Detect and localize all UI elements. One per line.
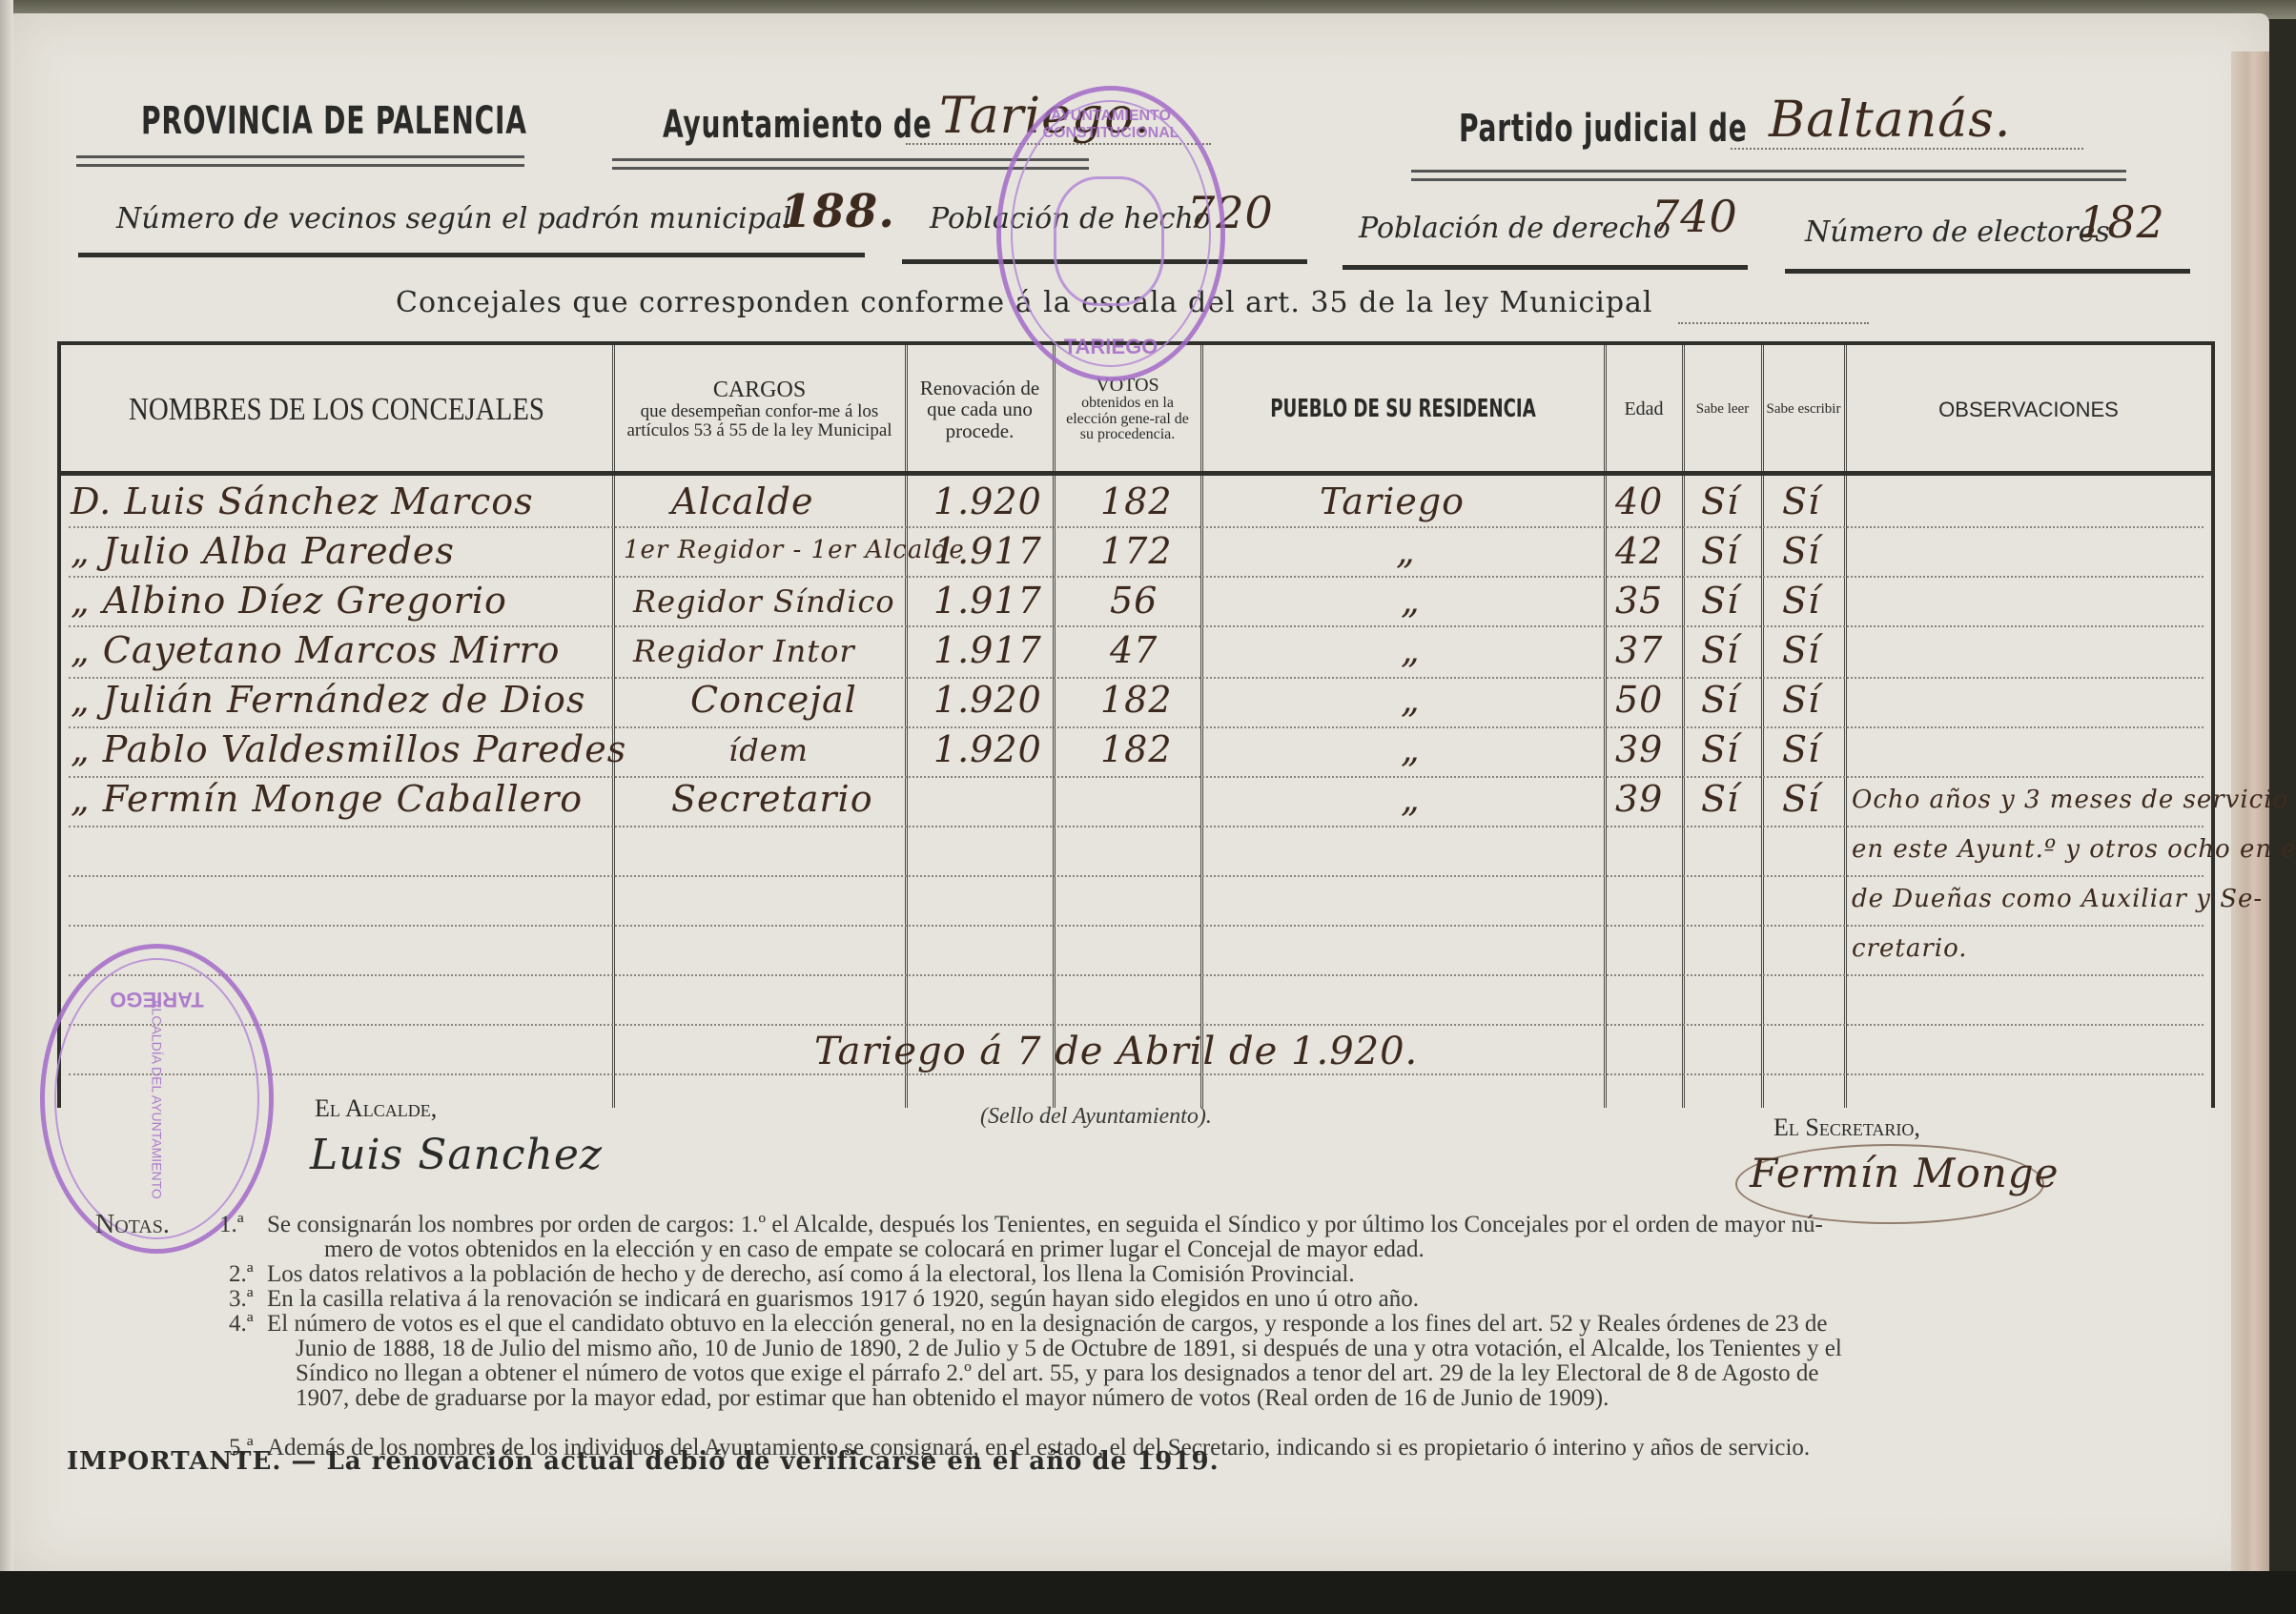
row-4-pueblo: „ xyxy=(1401,679,1421,721)
note-1: 1.ª Se consignarán los nombres por orden… xyxy=(219,1213,2203,1262)
row-4-renovacion: 1.920 xyxy=(933,679,1042,721)
header-pueblo: PUEBLO DE SU RESIDENCIA xyxy=(1262,345,1544,474)
row-2-nombre: „ Albino Díez Gregorio xyxy=(71,580,507,622)
seal-caption: (Sello del Ayuntamiento). xyxy=(980,1104,1212,1130)
note-4-line-2: Junio de 1888, 18 de Julio del mismo año… xyxy=(296,1337,2212,1361)
coat-of-arms-icon xyxy=(1054,176,1164,306)
concejales-table: NOMBRES DE LOS CONCEJALES CARGOS que des… xyxy=(57,341,2215,1108)
row-3-votos: 47 xyxy=(1110,629,1158,671)
note-4-line-1: El número de votos es el que el candidat… xyxy=(267,1312,2212,1337)
header-nombres: NOMBRES DE LOS CONCEJALES xyxy=(102,345,570,474)
observaciones-line-4: cretario. xyxy=(1852,934,1968,963)
row-4-leer: Sí xyxy=(1701,679,1739,721)
row-0-renovacion: 1.920 xyxy=(933,480,1042,522)
row-4-cargo: Concejal xyxy=(690,679,857,721)
row-4-edad: 50 xyxy=(1615,679,1663,721)
row-line xyxy=(69,576,2204,578)
row-4-nombre: „ Julián Fernández de Dios xyxy=(71,679,585,721)
row-0-leer: Sí xyxy=(1701,480,1739,522)
row-5-leer: Sí xyxy=(1701,728,1739,770)
observaciones-line-2: en este Ayunt.º y otros ocho en el xyxy=(1852,835,2296,864)
row-6-edad: 39 xyxy=(1615,778,1663,820)
row-1-nombre: „ Julio Alba Paredes xyxy=(71,530,455,572)
row-line xyxy=(69,925,2204,927)
note-3: 3.ª En la casilla relativa á la renovaci… xyxy=(229,1287,2203,1312)
row-0-votos: 182 xyxy=(1100,480,1173,522)
important-note: IMPORTANTE. — La renovación actual debió… xyxy=(67,1447,1220,1476)
row-2-votos: 56 xyxy=(1110,580,1158,622)
row-0-escribir: Sí xyxy=(1782,480,1820,522)
header-cargos-sub: que desempeñan confor-me á los artículos… xyxy=(622,402,898,440)
alcalde-signature: Luis Sanchez xyxy=(310,1131,603,1179)
row-1-renovacion: 1.917 xyxy=(933,530,1042,572)
ayuntamiento-label: Ayuntamiento de xyxy=(663,103,932,147)
electores-label: Número de electores xyxy=(1805,215,2110,249)
row-2-renovacion: 1.917 xyxy=(933,580,1042,622)
row-line xyxy=(69,875,2204,877)
vecinos-underline xyxy=(78,253,865,257)
row-6-cargo: Secretario xyxy=(671,778,873,820)
stamp-bottom-text: TARIEGO xyxy=(1001,335,1220,359)
row-line xyxy=(69,1073,2204,1075)
row-1-pueblo: „ xyxy=(1396,530,1416,572)
row-2-escribir: Sí xyxy=(1782,580,1820,622)
partido-underline xyxy=(1411,170,2126,181)
header-sabe-escribir: Sabe escribir xyxy=(1763,345,1844,474)
note-3-num: 3.ª xyxy=(229,1287,254,1312)
row-5-cargo: ídem xyxy=(728,732,809,768)
header-renovacion: Renovación de que cada uno procede. xyxy=(907,345,1053,474)
note-4: 4.ª El número de votos es el que el cand… xyxy=(229,1312,2212,1411)
poblacion-derecho-label: Población de derecho xyxy=(1359,212,1671,245)
row-line xyxy=(69,625,2204,627)
page-stack-edge xyxy=(2231,51,2269,1596)
place-date: Tariego á 7 de Abril de 1.920. xyxy=(814,1030,1418,1073)
row-2-leer: Sí xyxy=(1701,580,1739,622)
stamp-left-bottom-text: ALCALDÍA DEL AYUNTAMIENTO xyxy=(150,969,165,1231)
row-5-renovacion: 1.920 xyxy=(933,728,1042,770)
row-2-pueblo: „ xyxy=(1401,580,1421,622)
row-4-votos: 182 xyxy=(1100,679,1173,721)
row-1-cargo: 1er Regidor - 1er Alcalde xyxy=(624,536,965,564)
poblacion-derecho-value: 740 xyxy=(1651,191,1738,242)
row-line xyxy=(69,526,2204,528)
header-observaciones: OBSERVACIONES xyxy=(1846,345,2211,474)
header-sabe-leer: Sabe leer xyxy=(1684,345,1761,474)
partido-label: Partido judicial de xyxy=(1459,107,1748,151)
province-underline xyxy=(76,155,524,167)
row-0-pueblo: Tariego xyxy=(1320,480,1465,522)
important-text: — La renovación actual debió de verifica… xyxy=(291,1447,1219,1476)
row-5-pueblo: „ xyxy=(1401,728,1421,770)
province-title: PROVINCIA DE PALENCIA xyxy=(141,99,527,143)
row-3-pueblo: „ xyxy=(1401,629,1421,671)
electores-value: 182 xyxy=(2079,196,2165,248)
observaciones-line-1: Ocho años y 3 meses de servicio xyxy=(1852,786,2288,814)
note-4-line-4: 1907, debe de graduarse por la mayor eda… xyxy=(296,1386,2212,1411)
note-4-num: 4.ª xyxy=(229,1312,254,1337)
row-3-edad: 37 xyxy=(1615,629,1663,671)
partido-value: Baltanás. xyxy=(1769,92,2011,149)
row-2-edad: 35 xyxy=(1615,580,1663,622)
note-2-num: 2.ª xyxy=(229,1262,254,1287)
row-6-leer: Sí xyxy=(1701,778,1739,820)
vecinos-value: 188. xyxy=(780,185,895,238)
row-4-escribir: Sí xyxy=(1782,679,1820,721)
row-3-renovacion: 1.917 xyxy=(933,629,1042,671)
note-2: 2.ª Los datos relativos a la población d… xyxy=(229,1262,2203,1287)
ayuntamiento-stamp: AYUNTAMIENTO CONSTITUCIONAL TARIEGO xyxy=(996,86,1225,381)
header-cargos: CARGOS que desempeñan confor-me á los ar… xyxy=(614,345,905,474)
note-2-line-1: Los datos relativos a la población de he… xyxy=(267,1262,2203,1287)
note-1-line-2: mero de votos obtenidos en la elección y… xyxy=(324,1237,2203,1262)
row-0-cargo: Alcalde xyxy=(671,480,814,522)
important-label: IMPORTANTE. xyxy=(67,1447,281,1476)
row-line xyxy=(69,826,2204,827)
header-underline xyxy=(61,471,2211,476)
note-1-num: 1.ª xyxy=(219,1213,244,1237)
book-spine xyxy=(0,0,13,1614)
row-1-leer: Sí xyxy=(1701,530,1739,572)
stamp-top-text: AYUNTAMIENTO CONSTITUCIONAL xyxy=(1001,108,1220,142)
row-3-nombre: „ Cayetano Marcos Mirro xyxy=(71,629,561,671)
row-0-nombre: D. Luis Sánchez Marcos xyxy=(71,480,534,522)
row-3-leer: Sí xyxy=(1701,629,1739,671)
notes-label: Notas. xyxy=(95,1213,170,1237)
note-4-line-3: Síndico no llegan a obtener el número de… xyxy=(296,1361,2212,1386)
row-5-escribir: Sí xyxy=(1782,728,1820,770)
alcalde-label: El Alcalde, xyxy=(315,1094,437,1123)
row-6-nombre: „ Fermín Monge Caballero xyxy=(71,778,583,820)
vecinos-label: Número de vecinos según el padrón munici… xyxy=(116,202,791,235)
row-6-escribir: Sí xyxy=(1782,778,1820,820)
row-1-edad: 42 xyxy=(1615,530,1663,572)
subtitle-dotline xyxy=(1678,322,1869,324)
row-1-votos: 172 xyxy=(1100,530,1173,572)
electores-underline xyxy=(1785,269,2190,274)
row-3-escribir: Sí xyxy=(1782,629,1820,671)
row-line xyxy=(69,1024,2204,1026)
header-edad: Edad xyxy=(1606,345,1682,474)
poblacion-derecho-underline xyxy=(1343,265,1748,270)
secretario-label: El Secretario, xyxy=(1773,1113,1920,1142)
row-3-cargo: Regidor Intor xyxy=(633,633,855,669)
row-2-cargo: Regidor Síndico xyxy=(633,583,895,620)
header-cargos-title: CARGOS xyxy=(713,378,806,402)
row-5-nombre: „ Pablo Valdesmillos Paredes xyxy=(71,728,626,770)
row-1-escribir: Sí xyxy=(1782,530,1820,572)
book-bottom-edge xyxy=(0,1571,2296,1614)
row-6-pueblo: „ xyxy=(1401,778,1421,820)
header-votos-sub: obtenidos en la elección gene-ral de su … xyxy=(1061,396,1195,443)
alcaldia-stamp: TARIEGO ALCALDÍA DEL AYUNTAMIENTO xyxy=(40,944,274,1254)
row-5-votos: 182 xyxy=(1100,728,1173,770)
row-0-edad: 40 xyxy=(1615,480,1663,522)
note-3-line-1: En la casilla relativa á la renovación s… xyxy=(267,1287,2203,1312)
row-5-edad: 39 xyxy=(1615,728,1663,770)
row-line xyxy=(69,974,2204,976)
observaciones-line-3: de Dueñas como Auxiliar y Se- xyxy=(1852,885,2263,913)
note-1-line-1: Se consignarán los nombres por orden de … xyxy=(267,1213,2203,1237)
